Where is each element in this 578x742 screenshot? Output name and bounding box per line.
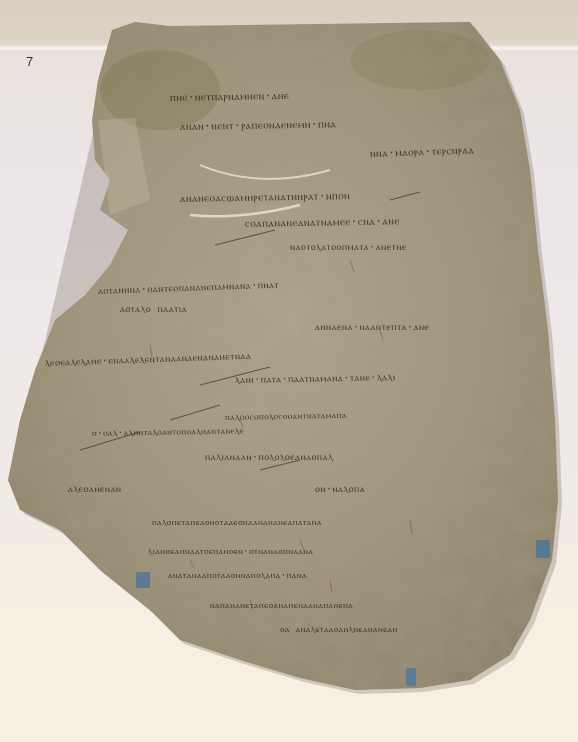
script-line: ⲛⲁⲡⲁⲛⲁⲛⲉⲧⲁⲡⲉⲟⲁⲛⲁⲡⲉⲛⲁⲁⲛⲁⲡⲁⲛⲉⲡⲁ [210,601,353,611]
mount-clip-bottom [406,668,416,686]
script-line: ⲟⲁ ⲁⲛⲁⲗⲉⲧⲁⲁⲟⲁⲛⲗⲛⲉⲁⲛⲁⲛⲉⲁⲛ [280,625,398,635]
script-line: ⲗⲓⲁⲛⲟⲉⲁⲡⲛⲁⲁⲧⲟⲉⲡⲁⲛⲟⲉⲛ·ⲟⲧⲛⲁⲛⲁⲟⲡⲛⲁⲁⲛⲁ [148,547,313,557]
script-line: ⲛⲁⲟⲧⲟⲗⲁⲧⲟⲟⲡⲙⲁⲧⲁ·ⲁⲛⲉⲧⲛⲉ [290,242,407,253]
script-line: ⲡⲁⲗⲓⲁⲛⲁⲁⲛ·ⲡⲟⲗⲟⲗⲟⲉⲁⲛⲁⲟⲡⲁⲗ [205,452,333,463]
script-line: ⲡⲁⲗⲟⲟⲥⲟⲡⲟⲗⲟⲥⲟⲟⲁⲛⲧⲛⲁⲧⲁⲙⲁⲡⲁ [225,411,347,423]
script-line: ⲁⲟⲧⲁⲗⲟ ⲡⲁⲁⲧⲓⲁ [120,304,187,315]
script-line: ⲥⲟⲁⲡⲁⲛⲁⲛⲉⲁⲛⲁⲧⲛⲁⲙⲉⲉ·ⲥⲛⲁ·ⲁⲛⲉ [245,214,400,231]
script-line: ⲁⲛⲁⲧⲁⲛⲁⲁⲡⲟⲧⲁⲁⲟⲛⲛⲁⲡⲟⲗⲁⲡⲁ·ⲡⲁⲛⲁ [168,571,307,581]
script-line: ⲡⲛⲉ·ⲛⲉⲧⲡⲁⲣⲛⲁⲙⲛⲉⲛ·ⲁⲛⲉ [170,89,289,105]
script-line: ⲁⲛⲁⲛ·ⲛⲉⲛⲧ·ⲣⲁⲡⲉⲟⲛⲁⲉⲛⲉⲙⲛ·ⲡⲛⲁ [180,117,337,134]
script-line: ⲁⲛⲛⲁⲉⲛⲁ·ⲛⲁⲁⲛⲧⲉⲡⲧⲁ·ⲁⲛⲉ [315,322,430,333]
script-line: ⲡⲁⲗⲟⲡⲉⲧⲁⲡⲉⲁⲟⲛⲟⲧⲁⲁⲉⲟⲛⲁⲁⲛⲁⲛⲁⲛⲉⲁⲡⲁⲧⲁⲛⲁ [152,518,322,528]
mount-clip-right [536,540,550,558]
script-line: ⲁⲛⲁⲛⲉⲟⲁⲥⲱⲁⲙⲏⲣⲉⲧⲁⲛⲁⲧⲛⲛⲣⲁⲧ·ⲛⲡⲟⲛ [180,189,350,206]
script-line: ⲟⲛ·ⲛⲁⲗⲟⲡⲁ [315,484,365,495]
mount-clip-left [136,572,150,588]
script-line: ⲁⲗⲉⲟⲁⲛⲉⲛⲁⲛ [68,484,122,495]
